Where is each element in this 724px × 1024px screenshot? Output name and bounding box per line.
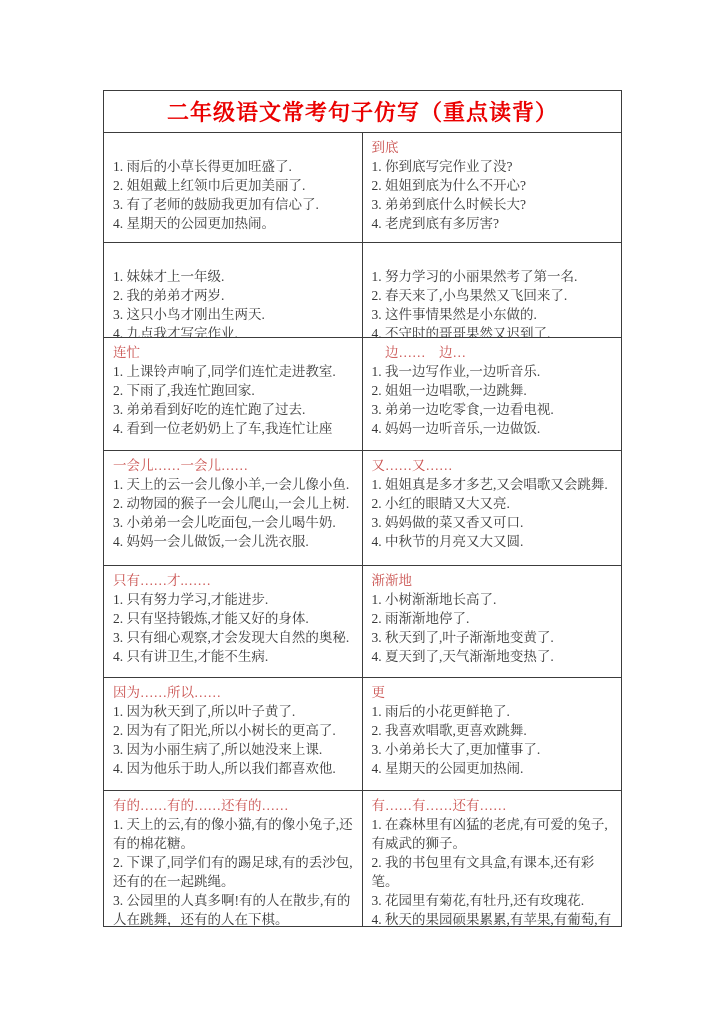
sentence-line: 4. 夏天到了,天气渐渐地变热了. bbox=[372, 647, 614, 666]
sentence-line: 4. 不守时的哥哥果然又迟到了. bbox=[372, 324, 614, 337]
table-cell-right: 1. 努力学习的小丽果然考了第一名.2. 春天来了,小鸟果然又飞回来了.3. 这… bbox=[363, 243, 622, 337]
sentence-line: 3. 因为小丽生病了,所以她没来上课. bbox=[113, 740, 354, 759]
sentence-line: 3. 有了老师的鼓励我更加有信心了. bbox=[113, 195, 354, 214]
pattern-header: 只有……才.…… bbox=[113, 571, 354, 590]
sentence-line: 1. 在森林里有凶猛的老虎,有可爱的兔子,有威武的狮子。 bbox=[372, 815, 614, 853]
table-cell-right: 更 1. 雨后的小花更鲜艳了.2. 我喜欢唱歌,更喜欢跳舞.3. 小弟弟长大了,… bbox=[363, 678, 622, 790]
table-row: 因为……所以…… 1. 因为秋天到了,所以叶子黄了.2. 因为有了阳光,所以小树… bbox=[104, 677, 621, 790]
sentence-line: 4. 九点我才写完作业. bbox=[113, 324, 354, 337]
document-page: 二年级语文常考句子仿写（重点读背） 1. 雨后的小草长得更加旺盛了.2. 姐姐戴… bbox=[0, 0, 724, 1024]
sentence-line: 4. 妈妈一会儿做饭,一会儿洗衣服. bbox=[113, 532, 354, 551]
sentence-line: 3. 弟弟看到好吃的连忙跑了过去. bbox=[113, 400, 354, 419]
sentence-line: 1. 因为秋天到了,所以叶子黄了. bbox=[113, 702, 354, 721]
table-cell-left: 1. 妹妹才上一年级.2. 我的弟弟才两岁.3. 这只小鸟才刚出生两天.4. 九… bbox=[104, 243, 363, 337]
sentence-line: 4. 中秋节的月亮又大又圆. bbox=[372, 532, 614, 551]
sentence-line: 4. 老虎到底有多厉害? bbox=[372, 214, 614, 233]
sentence-line: 3. 小弟弟一会儿吃面包,一会儿喝牛奶. bbox=[113, 513, 354, 532]
sentence-line: 1. 我一边写作业,一边听音乐. bbox=[372, 362, 614, 381]
table-row: 1. 妹妹才上一年级.2. 我的弟弟才两岁.3. 这只小鸟才刚出生两天.4. 九… bbox=[104, 242, 621, 337]
sentence-line: 2. 动物园的猴子一会儿爬山,一会儿上树. bbox=[113, 494, 354, 513]
sentence-line: 1. 上课铃声响了,同学们连忙走进教室. bbox=[113, 362, 354, 381]
sentence-line: 2. 我喜欢唱歌,更喜欢跳舞. bbox=[372, 721, 614, 740]
sentence-line: 3. 小弟弟长大了,更加懂事了. bbox=[372, 740, 614, 759]
page-title: 二年级语文常考句子仿写（重点读背） bbox=[167, 96, 558, 127]
table-cell-right: 有……有……还有…… 1. 在森林里有凶猛的老虎,有可爱的兔子,有威武的狮子。2… bbox=[363, 791, 622, 926]
sentence-line: 1. 小树渐渐地长高了. bbox=[372, 590, 614, 609]
table-cell-left: 有的……有的……还有的…… 1. 天上的云,有的像小猫,有的像小兔子,还有的棉花… bbox=[104, 791, 363, 926]
sentence-line: 2. 姐姐一边唱歌,一边跳舞. bbox=[372, 381, 614, 400]
table-cell-right: 边…… 边… 1. 我一边写作业,一边听音乐.2. 姐姐一边唱歌,一边跳舞.3.… bbox=[363, 338, 622, 450]
sentence-line: 4. 星期天的公园更加热闹. bbox=[372, 759, 614, 778]
sentence-line: 3. 弟弟一边吃零食,一边看电视. bbox=[372, 400, 614, 419]
pattern-header: 因为……所以…… bbox=[113, 683, 354, 702]
table-cell-left: 连忙 1. 上课铃声响了,同学们连忙走进教室.2. 下雨了,我连忙跑回家.3. … bbox=[104, 338, 363, 450]
sentence-line: 2. 雨渐渐地停了. bbox=[372, 609, 614, 628]
table-cell-right: 到底 1. 你到底写完作业了没?2. 姐姐到底为什么不开心?3. 弟弟到底什么时… bbox=[363, 133, 622, 242]
pattern-header: 有的……有的……还有的…… bbox=[113, 796, 354, 815]
title-row: 二年级语文常考句子仿写（重点读背） bbox=[104, 91, 621, 132]
sentence-line: 2. 我的书包里有文具盒,有课本,还有彩笔。 bbox=[372, 853, 614, 891]
table-row: 只有……才.…… 1. 只有努力学习,才能进步.2. 只有坚持锻炼,才能又好的身… bbox=[104, 565, 621, 677]
sentence-line: 3. 这件事情果然是小东做的. bbox=[372, 305, 614, 324]
sentence-line: 1. 只有努力学习,才能进步. bbox=[113, 590, 354, 609]
pattern-header: 连忙 bbox=[113, 343, 354, 362]
sentence-line: 1. 天上的云,有的像小猫,有的像小兔子,还有的棉花糖。 bbox=[113, 815, 354, 853]
sentence-line: 1. 努力学习的小丽果然考了第一名. bbox=[372, 267, 614, 286]
sentence-line: 2. 春天来了,小鸟果然又飞回来了. bbox=[372, 286, 614, 305]
sentence-line: 4. 看到一位老奶奶上了车,我连忙让座 bbox=[113, 419, 354, 438]
pattern-header: 边…… 边… bbox=[372, 343, 614, 362]
sentence-line: 3. 妈妈做的菜又香又可口. bbox=[372, 513, 614, 532]
sentence-line: 1. 雨后的小花更鲜艳了. bbox=[372, 702, 614, 721]
table-cell-right: 渐渐地 1. 小树渐渐地长高了.2. 雨渐渐地停了.3. 秋天到了,叶子渐渐地变… bbox=[363, 566, 622, 677]
table-row: 有的……有的……还有的…… 1. 天上的云,有的像小猫,有的像小兔子,还有的棉花… bbox=[104, 790, 621, 926]
table-body: 1. 雨后的小草长得更加旺盛了.2. 姐姐戴上红领巾后更加美丽了.3. 有了老师… bbox=[104, 132, 621, 926]
sentence-line: 1. 你到底写完作业了没? bbox=[372, 157, 614, 176]
sentence-line: 3. 花园里有菊花,有牡丹,还有玫瑰花. bbox=[372, 891, 614, 910]
pattern-header: 到底 bbox=[372, 138, 614, 157]
pattern-header bbox=[113, 248, 354, 267]
sentence-line: 2. 只有坚持锻炼,才能又好的身体. bbox=[113, 609, 354, 628]
sentence-line: 3. 弟弟到底什么时候长大? bbox=[372, 195, 614, 214]
table-cell-right: 又……又…… 1. 姐姐真是多才多艺,又会唱歌又会跳舞.2. 小红的眼睛又大又亮… bbox=[363, 451, 622, 565]
sentence-line: 1. 妹妹才上一年级. bbox=[113, 267, 354, 286]
sentence-line: 2. 姐姐到底为什么不开心? bbox=[372, 176, 614, 195]
sentence-line: 2. 下雨了,我连忙跑回家. bbox=[113, 381, 354, 400]
sentence-line: 2. 下课了,同学们有的踢足球,有的丢沙包,还有的在一起跳绳。 bbox=[113, 853, 354, 891]
table-row: 1. 雨后的小草长得更加旺盛了.2. 姐姐戴上红领巾后更加美丽了.3. 有了老师… bbox=[104, 132, 621, 242]
table-row: 连忙 1. 上课铃声响了,同学们连忙走进教室.2. 下雨了,我连忙跑回家.3. … bbox=[104, 337, 621, 450]
pattern-header: 又……又…… bbox=[372, 456, 614, 475]
sentence-line: 3. 公园里的人真多啊!有的人在散步,有的人在跳舞，还有的人在下棋。 bbox=[113, 891, 354, 926]
sentence-line: 3. 秋天到了,叶子渐渐地变黄了. bbox=[372, 628, 614, 647]
sentence-line: 2. 我的弟弟才两岁. bbox=[113, 286, 354, 305]
pattern-header: 更 bbox=[372, 683, 614, 702]
sentence-line: 3. 只有细心观察,才会发现大自然的奥秘. bbox=[113, 628, 354, 647]
sentence-line: 4. 因为他乐于助人,所以我们都喜欢他. bbox=[113, 759, 354, 778]
sentence-line: 2. 小红的眼睛又大又亮. bbox=[372, 494, 614, 513]
sentence-line: 1. 天上的云一会儿像小羊,一会儿像小鱼. bbox=[113, 475, 354, 494]
table-cell-left: 1. 雨后的小草长得更加旺盛了.2. 姐姐戴上红领巾后更加美丽了.3. 有了老师… bbox=[104, 133, 363, 242]
sentence-line: 4. 只有讲卫生,才能不生病. bbox=[113, 647, 354, 666]
pattern-header: 渐渐地 bbox=[372, 571, 614, 590]
table-row: 一会儿……一会儿…… 1. 天上的云一会儿像小羊,一会儿像小鱼.2. 动物园的猴… bbox=[104, 450, 621, 565]
table-cell-left: 一会儿……一会儿…… 1. 天上的云一会儿像小羊,一会儿像小鱼.2. 动物园的猴… bbox=[104, 451, 363, 565]
sentence-line: 4. 秋天的果园硕果累累,有苹果,有葡萄,有梨 bbox=[372, 910, 614, 926]
sentence-line: 4. 星期天的公园更加热闹。 bbox=[113, 214, 354, 233]
sentence-line: 2. 姐姐戴上红领巾后更加美丽了. bbox=[113, 176, 354, 195]
sentence-line: 2. 因为有了阳光,所以小树长的更高了. bbox=[113, 721, 354, 740]
pattern-header: 有……有……还有…… bbox=[372, 796, 614, 815]
sentence-line: 1. 雨后的小草长得更加旺盛了. bbox=[113, 157, 354, 176]
pattern-header bbox=[372, 248, 614, 267]
sentence-line: 3. 这只小鸟才刚出生两天. bbox=[113, 305, 354, 324]
pattern-header bbox=[113, 138, 354, 157]
pattern-header: 一会儿……一会儿…… bbox=[113, 456, 354, 475]
table-cell-left: 因为……所以…… 1. 因为秋天到了,所以叶子黄了.2. 因为有了阳光,所以小树… bbox=[104, 678, 363, 790]
sentence-line: 1. 姐姐真是多才多艺,又会唱歌又会跳舞. bbox=[372, 475, 614, 494]
sentence-line: 4. 妈妈一边听音乐,一边做饭. bbox=[372, 419, 614, 438]
table-cell-left: 只有……才.…… 1. 只有努力学习,才能进步.2. 只有坚持锻炼,才能又好的身… bbox=[104, 566, 363, 677]
sentence-table: 二年级语文常考句子仿写（重点读背） 1. 雨后的小草长得更加旺盛了.2. 姐姐戴… bbox=[103, 90, 622, 927]
